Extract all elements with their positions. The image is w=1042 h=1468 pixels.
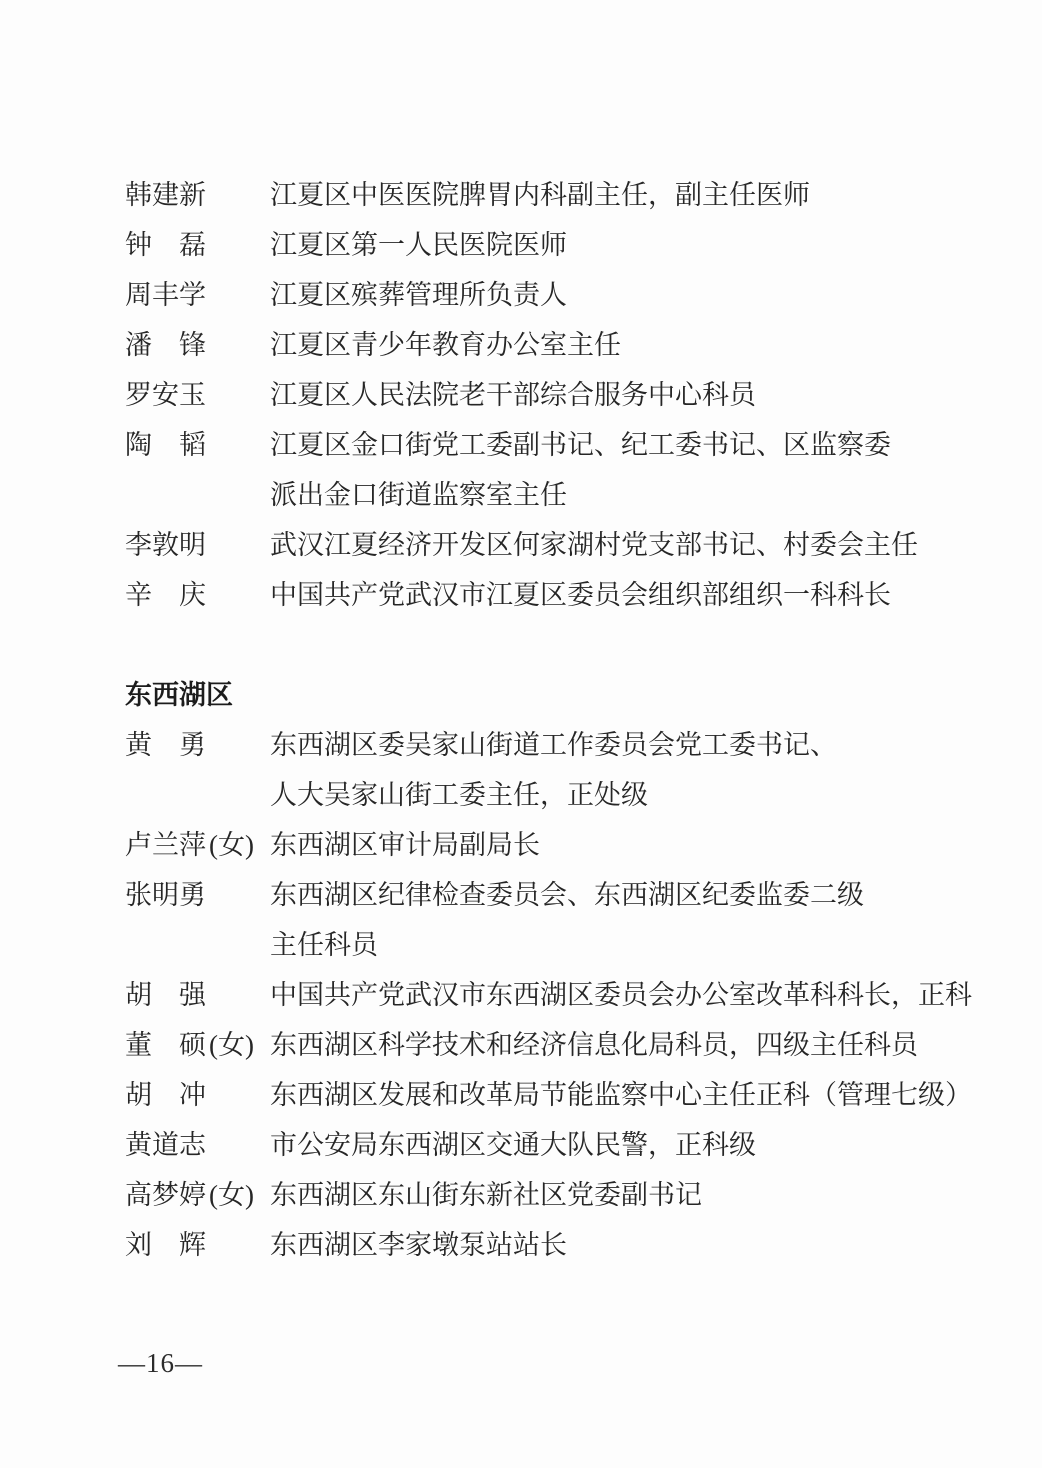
- section-header-dongxihu: 东西湖区: [125, 670, 985, 720]
- person-position: 江夏区人民法院老干部综合服务中心科员: [270, 380, 756, 410]
- document-body: 韩建新 江夏区中医医院脾胃内科副主任，副主任医师 钟 磊 江夏区第一人民医院医师…: [125, 170, 985, 1270]
- person-name: 董 硕: [125, 1020, 217, 1070]
- person-row: 胡 强 中国共产党武汉市东西湖区委员会办公室改革科科长，正科: [125, 970, 985, 1020]
- person-position: 市公安局东西湖区交通大队民警，正科级: [270, 1130, 756, 1160]
- person-position: 江夏区殡葬管理所负责人: [270, 280, 567, 310]
- person-position: 东西湖区东山街东新社区党委副书记: [270, 1180, 702, 1210]
- person-row: 李敦明 武汉江夏经济开发区何家湖村党支部书记、村委会主任: [125, 520, 985, 570]
- person-name: 刘 辉: [125, 1220, 217, 1270]
- person-name: 胡 强: [125, 970, 217, 1020]
- person-name: 韩建新: [125, 170, 217, 220]
- document-page: 韩建新 江夏区中医医院脾胃内科副主任，副主任医师 钟 磊 江夏区第一人民医院医师…: [0, 0, 1042, 1468]
- person-row: 黄道志 市公安局东西湖区交通大队民警，正科级: [125, 1120, 985, 1170]
- person-row: 陶 韬 江夏区金口街党工委副书记、纪工委书记、区监察委 派出金口街道监察室主任: [125, 420, 985, 520]
- person-position: 中国共产党武汉市东西湖区委员会办公室改革科科长，正科: [270, 980, 972, 1010]
- gender-marker: (女): [209, 1170, 254, 1220]
- person-row: 韩建新 江夏区中医医院脾胃内科副主任，副主任医师: [125, 170, 985, 220]
- person-name: 黄道志: [125, 1120, 217, 1170]
- person-row: 潘 锋 江夏区青少年教育办公室主任: [125, 320, 985, 370]
- person-name: 辛 庆: [125, 570, 217, 620]
- person-row: 辛 庆 中国共产党武汉市江夏区委员会组织部组织一科科长: [125, 570, 985, 620]
- person-name: 张明勇: [125, 870, 217, 920]
- person-name: 潘 锋: [125, 320, 217, 370]
- person-name: 陶 韬: [125, 420, 217, 470]
- page-number: —16—: [118, 1338, 203, 1388]
- person-row: 刘 辉 东西湖区李家墩泵站站长: [125, 1220, 985, 1270]
- person-name: 胡 冲: [125, 1070, 217, 1120]
- person-row: 卢兰萍 (女) 东西湖区审计局副局长: [125, 820, 985, 870]
- person-row: 高梦婷 (女) 东西湖区东山街东新社区党委副书记: [125, 1170, 985, 1220]
- person-row: 钟 磊 江夏区第一人民医院医师: [125, 220, 985, 270]
- person-position: 江夏区青少年教育办公室主任: [270, 330, 621, 360]
- person-position: 东西湖区科学技术和经济信息化局科员，四级主任科员: [270, 1030, 918, 1060]
- gender-marker: (女): [209, 820, 254, 870]
- person-position: 东西湖区李家墩泵站站长: [270, 1230, 567, 1260]
- person-name: 李敦明: [125, 520, 217, 570]
- person-position: 东西湖区发展和改革局节能监察中心主任正科（管理七级）: [270, 1080, 972, 1110]
- person-row: 张明勇 东西湖区纪律检查委员会、东西湖区纪委监委二级 主任科员: [125, 870, 985, 970]
- person-name: 卢兰萍: [125, 820, 217, 870]
- person-position: 江夏区中医医院脾胃内科副主任，副主任医师: [270, 180, 810, 210]
- person-row: 周丰学 江夏区殡葬管理所负责人: [125, 270, 985, 320]
- person-row: 罗安玉 江夏区人民法院老干部综合服务中心科员: [125, 370, 985, 420]
- person-position: 东西湖区纪律检查委员会、东西湖区纪委监委二级 主任科员: [270, 880, 864, 960]
- person-position: 江夏区第一人民医院医师: [270, 230, 567, 260]
- person-name: 黄 勇: [125, 720, 217, 770]
- person-name: 周丰学: [125, 270, 217, 320]
- person-name: 罗安玉: [125, 370, 217, 420]
- person-name: 高梦婷: [125, 1170, 217, 1220]
- person-position: 江夏区金口街党工委副书记、纪工委书记、区监察委 派出金口街道监察室主任: [270, 430, 891, 510]
- person-position: 东西湖区委吴家山街道工作委员会党工委书记、 人大吴家山街工委主任，正处级: [270, 730, 837, 810]
- person-position: 东西湖区审计局副局长: [270, 830, 540, 860]
- person-row: 黄 勇 东西湖区委吴家山街道工作委员会党工委书记、 人大吴家山街工委主任，正处级: [125, 720, 985, 820]
- person-name: 钟 磊: [125, 220, 217, 270]
- person-row: 董 硕 (女) 东西湖区科学技术和经济信息化局科员，四级主任科员: [125, 1020, 985, 1070]
- person-row: 胡 冲 东西湖区发展和改革局节能监察中心主任正科（管理七级）: [125, 1070, 985, 1120]
- gender-marker: (女): [209, 1020, 254, 1070]
- person-position: 武汉江夏经济开发区何家湖村党支部书记、村委会主任: [270, 530, 918, 560]
- person-position: 中国共产党武汉市江夏区委员会组织部组织一科科长: [270, 580, 891, 610]
